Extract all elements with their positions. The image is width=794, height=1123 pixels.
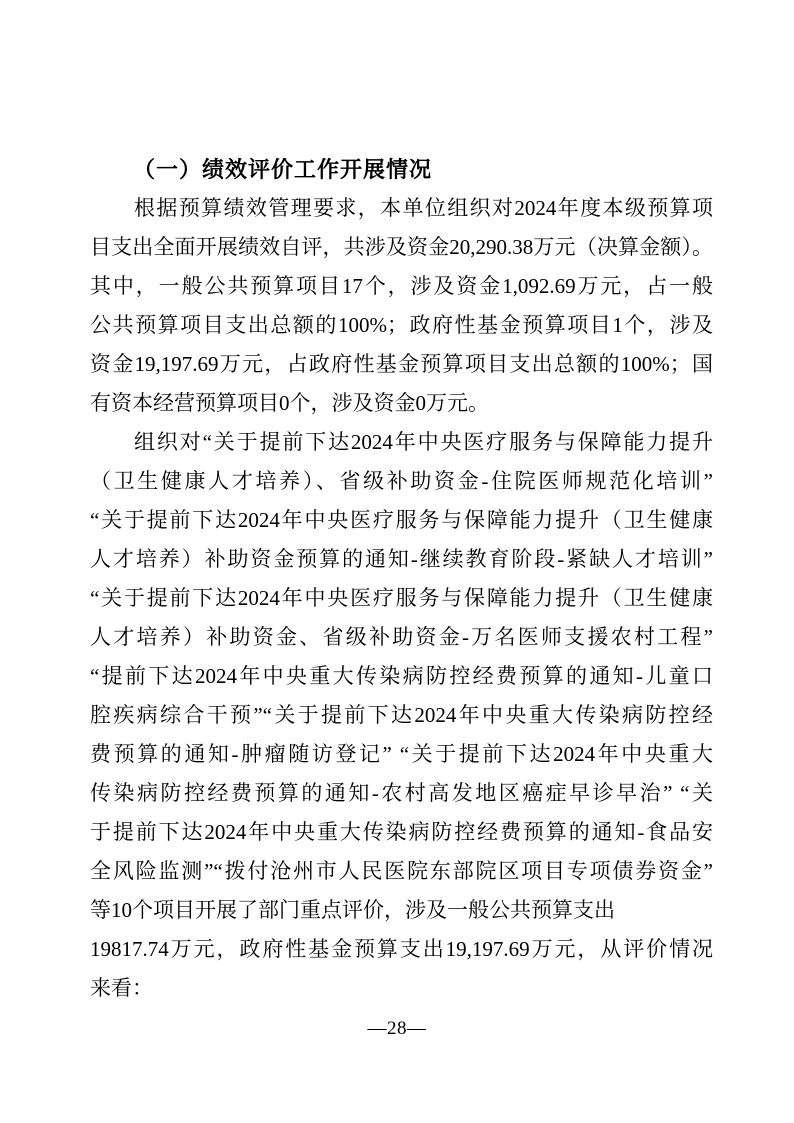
text-line: 目支出全面开展绩效自评，共涉及资金20,290.38万元（决算金额）。	[90, 228, 713, 267]
section-heading: （一）绩效评价工作开展情况	[90, 150, 713, 189]
text-line: 腔疾病综合干预”“关于提前下达2024年中央重大传染病防控经	[90, 696, 713, 735]
text-line: “提前下达2024年中央重大传染病防控经费预算的通知-儿童口	[90, 657, 713, 696]
text-line: 有资本经营预算项目0个，涉及资金0万元。	[90, 384, 713, 423]
text-line: “关于提前下达2024年中央医疗服务与保障能力提升（卫生健康	[90, 579, 713, 618]
text-line: “关于提前下达2024年中央医疗服务与保障能力提升（卫生健康	[90, 501, 713, 540]
text-line: 来看：	[90, 969, 713, 1008]
text-line: 人才培养）补助资金、省级补助资金-万名医师支援农村工程”	[90, 618, 713, 657]
text-line: 资金19,197.69万元，占政府性基金预算项目支出总额的100%；国	[90, 345, 713, 384]
text-line: 其中，一般公共预算项目17个，涉及资金1,092.69万元，占一般	[90, 267, 713, 306]
text-line: 费预算的通知-肿瘤随访登记” “关于提前下达2024年中央重大	[90, 735, 713, 774]
text-line: 19817.74万元，政府性基金预算支出19,197.69万元，从评价情况	[90, 930, 713, 969]
text-line: 人才培养）补助资金预算的通知-继续教育阶段-紧缺人才培训”	[90, 540, 713, 579]
text-line: （卫生健康人才培养）、省级补助资金-住院医师规范化培训”	[90, 462, 713, 501]
text-line: 根据预算绩效管理要求，本单位组织对2024年度本级预算项	[90, 189, 713, 228]
document-page: （一）绩效评价工作开展情况 根据预算绩效管理要求，本单位组织对2024年度本级预…	[0, 0, 794, 1123]
document-content: （一）绩效评价工作开展情况 根据预算绩效管理要求，本单位组织对2024年度本级预…	[90, 150, 713, 1008]
text-line: 等10个项目开展了部门重点评价，涉及一般公共预算支出	[90, 891, 713, 930]
text-line: 全风险监测”“拨付沧州市人民医院东部院区项目专项债券资金”	[90, 852, 713, 891]
text-line: 组织对“关于提前下达2024年中央医疗服务与保障能力提升	[90, 423, 713, 462]
text-line: 于提前下达2024年中央重大传染病防控经费预算的通知-食品安	[90, 813, 713, 852]
page-number: —28—	[0, 1016, 794, 1042]
text-line: 传染病防控经费预算的通知-农村高发地区癌症早诊早治” “关	[90, 774, 713, 813]
paragraph-projects: 组织对“关于提前下达2024年中央医疗服务与保障能力提升 （卫生健康人才培养）、…	[90, 423, 713, 1008]
text-line: 公共预算项目支出总额的100%；政府性基金预算项目1个，涉及	[90, 306, 713, 345]
paragraph-overview: 根据预算绩效管理要求，本单位组织对2024年度本级预算项 目支出全面开展绩效自评…	[90, 189, 713, 423]
